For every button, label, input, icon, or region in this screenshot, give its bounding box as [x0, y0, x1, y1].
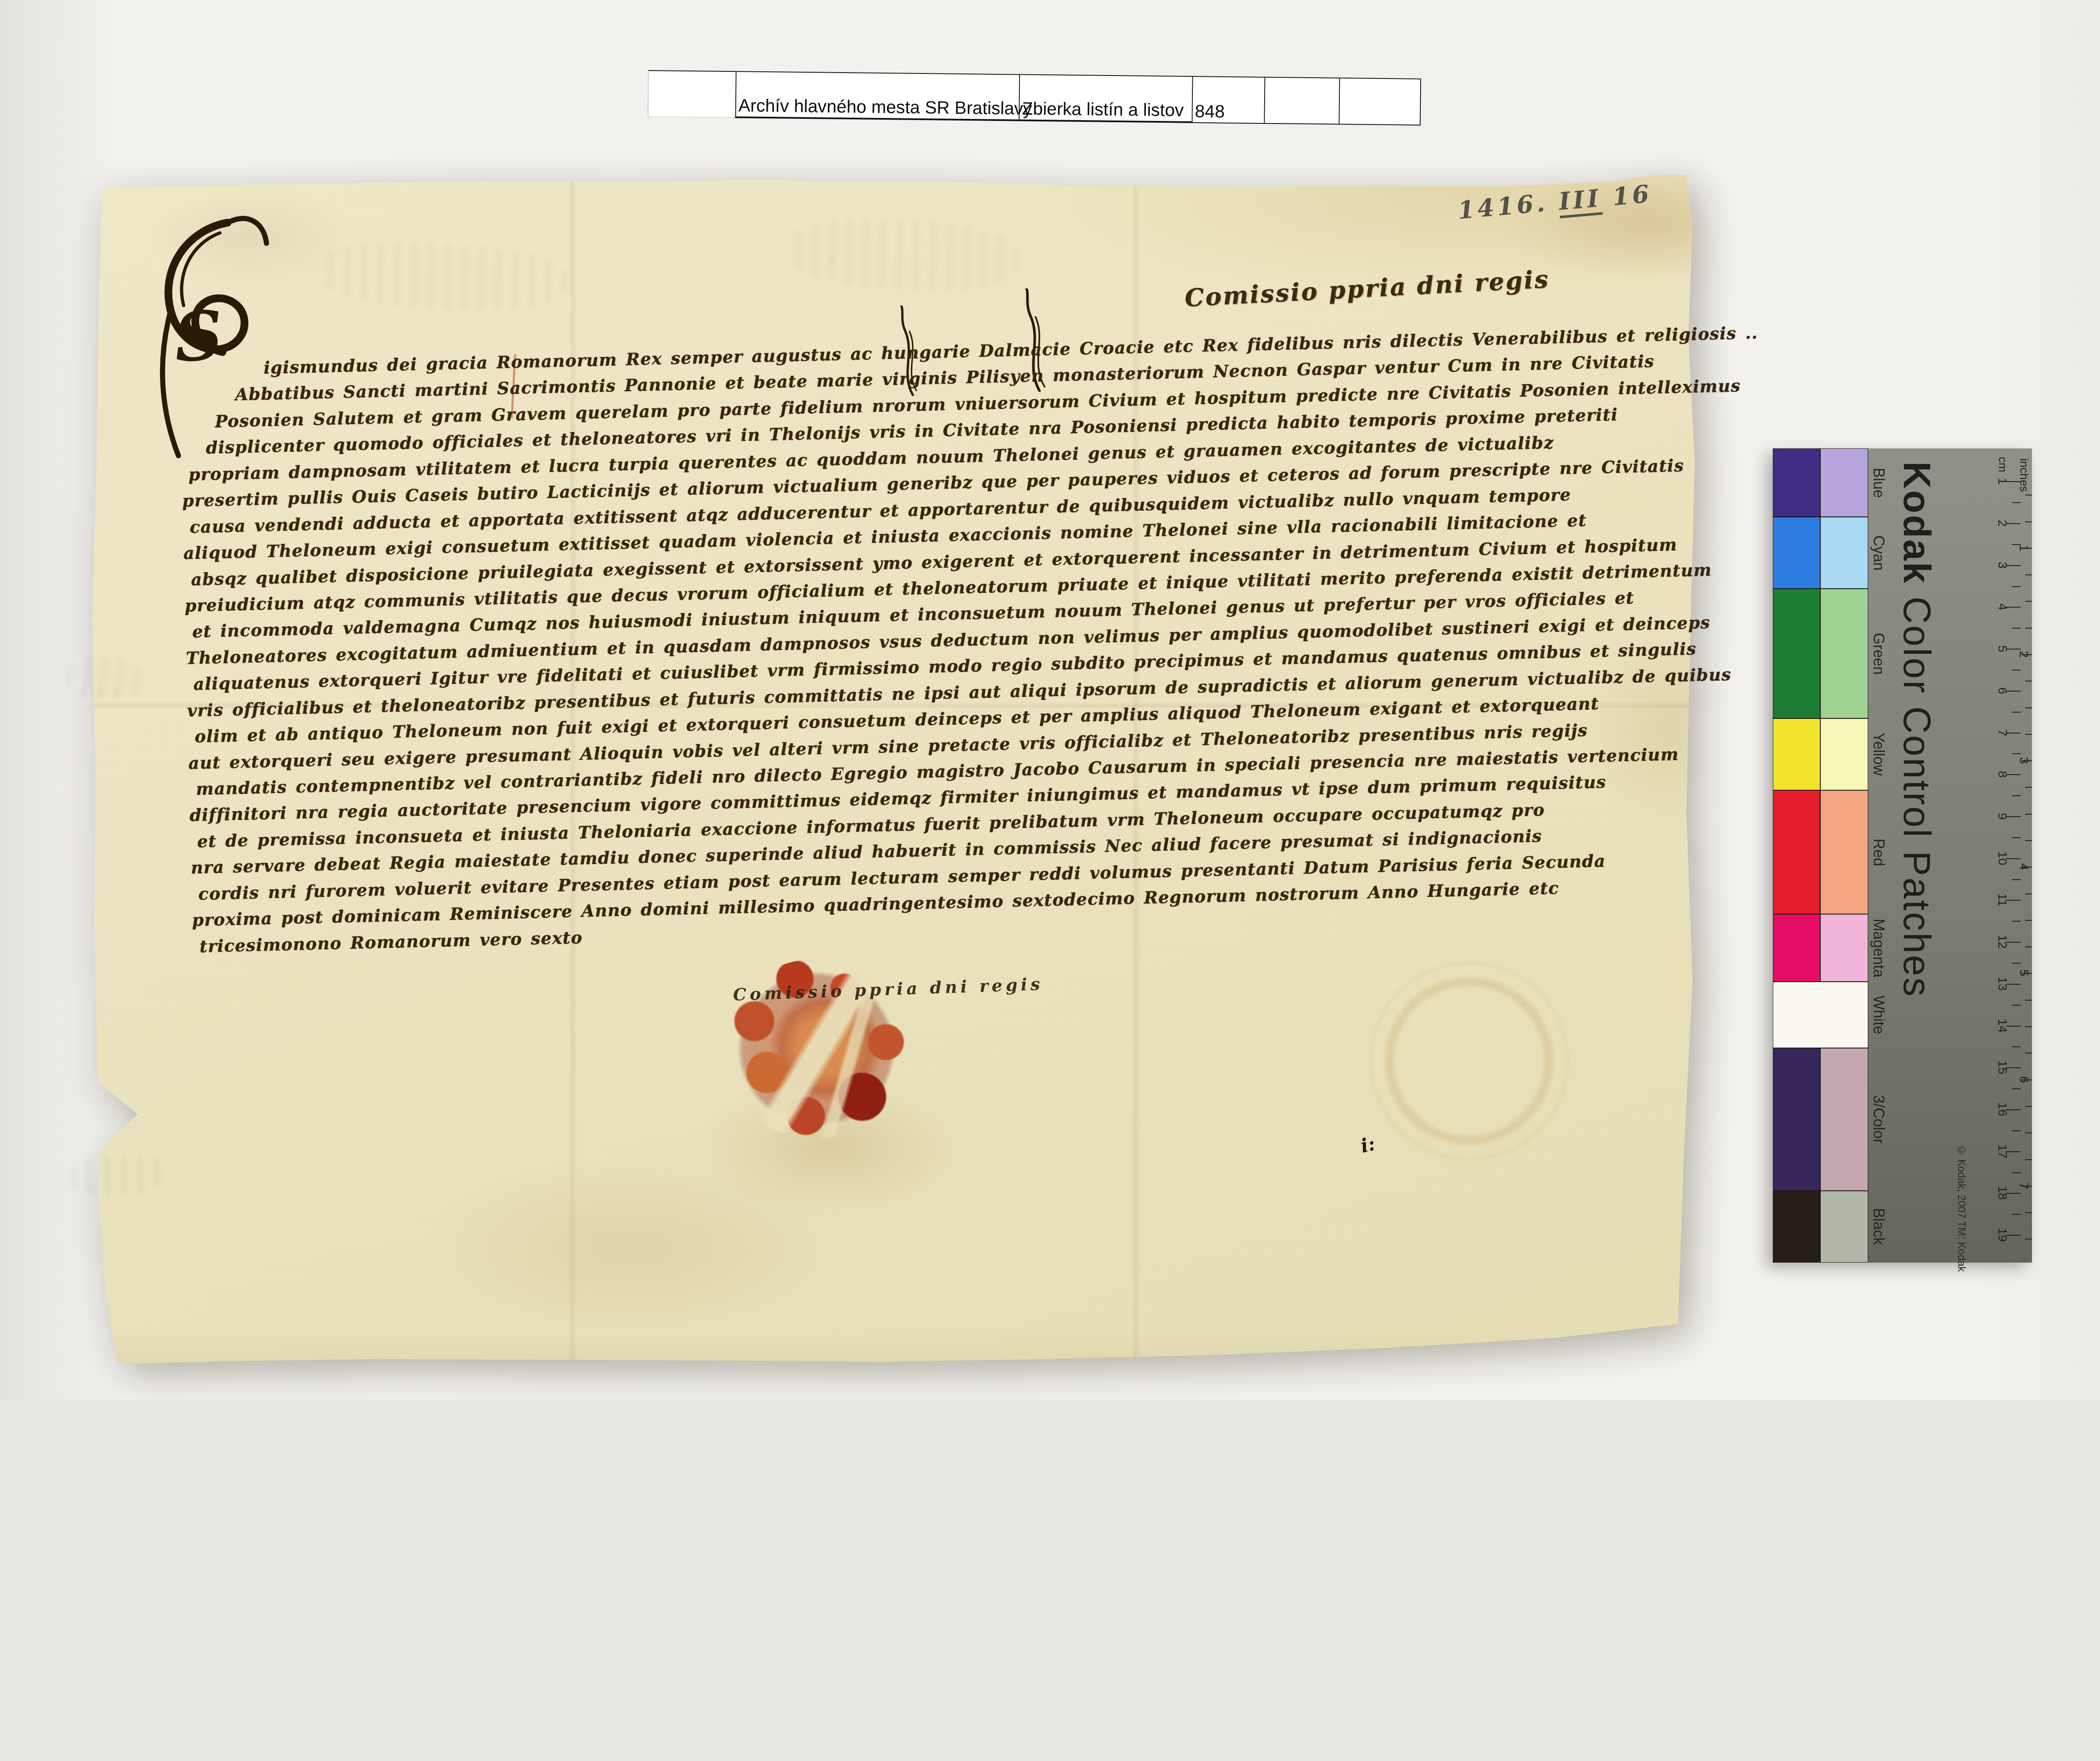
kodak-patch	[1773, 1191, 1820, 1262]
ruler-cm-number: 13	[1995, 977, 2009, 991]
ruler-cm-number: 3	[1995, 561, 2009, 569]
ruler-cm-number: 15	[1995, 1061, 2009, 1074]
kodak-brand: Kodak	[1895, 461, 1937, 584]
ruler-tick	[2025, 1000, 2032, 1001]
ruler-tick	[2012, 795, 2020, 796]
ruler-tick	[2025, 920, 2032, 921]
ruler-tick	[2025, 495, 2032, 495]
ruler-cm-number: 4	[1995, 603, 2009, 611]
ruler-inches-label: inches	[2017, 459, 2031, 492]
ruler-tick	[2025, 1159, 2032, 1160]
ruler-cm-number: 10	[1995, 851, 2009, 865]
ruler-tick	[2025, 521, 2032, 522]
ruler-tick	[2025, 946, 2032, 947]
ruler-inch-number: 1	[2016, 545, 2031, 552]
ruler-inch-number: 5	[2016, 970, 2031, 977]
kodak-row-label: Magenta	[1870, 919, 1887, 977]
ruler-tick	[2025, 1132, 2032, 1133]
ruler-cm-number: 12	[1995, 935, 2009, 949]
kodak-color-strip: Kodak Color Control Patches © Kodak, 200…	[1773, 448, 2032, 1262]
ruler-tick	[2012, 1088, 2020, 1089]
ruler-tick	[2025, 1026, 2032, 1027]
kodak-patch	[1821, 517, 1868, 588]
kodak-patch-rows	[1773, 448, 1869, 1262]
ruler-tick	[2025, 734, 2032, 735]
ruler-tick	[2012, 502, 2020, 503]
ruler-cm-number: 14	[1995, 1019, 2009, 1032]
kodak-patch	[1773, 449, 1820, 516]
ruler-cm-number: 16	[1995, 1102, 2009, 1116]
ruler-inch-number: 2	[2016, 651, 2031, 658]
ruler-tick	[2012, 1172, 2020, 1173]
photo-canvas: Archív hlavného mesta SR Bratislavy Zbie…	[0, 0, 2100, 1400]
kodak-brand-title: Kodak Color Control Patches	[1895, 461, 1938, 998]
ruler-tick	[2025, 601, 2032, 602]
kodak-patch	[1821, 449, 1868, 516]
pencil-day: 16	[1611, 179, 1653, 211]
ruler-tick	[2025, 1053, 2032, 1053]
ruler-cm-number: 18	[1995, 1186, 2009, 1200]
ruler-tick	[2012, 1046, 2020, 1047]
kodak-row-label: 3/Color	[1870, 1095, 1887, 1144]
kodak-patch	[1773, 719, 1820, 790]
kodak-patch-row-3color	[1773, 1048, 1869, 1191]
ruler-tick	[2012, 712, 2020, 713]
ruler-cm-number: 17	[1995, 1144, 2009, 1158]
kodak-patch	[1821, 719, 1868, 790]
ruler-tick	[2025, 787, 2032, 788]
kodak-patch-row-blue	[1773, 448, 1869, 517]
ruler-tick	[2025, 574, 2032, 575]
kodak-patch	[1821, 915, 1868, 981]
ruler-cm-number: 19	[1995, 1228, 2009, 1242]
ruler-tick	[2012, 1214, 2020, 1215]
ruler-cm-number: 5	[1995, 645, 2009, 653]
kodak-patch	[1821, 1048, 1868, 1190]
kodak-gray-panel: Kodak Color Control Patches © Kodak, 200…	[1868, 448, 2032, 1262]
kodak-patch	[1773, 915, 1820, 981]
kodak-title: Color Control Patches	[1895, 584, 1937, 998]
kodak-row-label: Black	[1870, 1208, 1887, 1245]
ruler-inch-number: 6	[2016, 1076, 2031, 1083]
kodak-patch	[1773, 1048, 1820, 1190]
kodak-patch	[1773, 517, 1820, 588]
seal-ghost-impression	[1369, 962, 1569, 1160]
ruler-tick	[2025, 814, 2032, 815]
ruler-tick	[2025, 1212, 2032, 1213]
ruler-tick	[2012, 879, 2020, 880]
ruler-cm-label: cm	[1996, 457, 2009, 472]
pencil-month-roman: III	[1557, 183, 1602, 218]
ruler-inch-number: 3	[2016, 757, 2031, 764]
ruler-tick	[2012, 628, 2020, 629]
ruler-tick	[2025, 681, 2032, 681]
ruler-tick	[2025, 840, 2032, 841]
kodak-row-label: White	[1870, 996, 1887, 1034]
ruler-tick	[2025, 628, 2032, 629]
ruler-tick	[2012, 753, 2020, 754]
kodak-row-label: Red	[1870, 839, 1887, 866]
ruler-tick	[2025, 1106, 2032, 1107]
kodak-patch-row-white	[1773, 982, 1869, 1048]
ruler-tick	[2012, 586, 2020, 587]
ruler-tick	[2025, 1239, 2032, 1240]
ruler-tick	[2012, 921, 2020, 922]
ruler-tick	[2012, 837, 2020, 838]
ruler-cm-number: 11	[1995, 894, 2009, 907]
kodak-patch-row-black	[1773, 1191, 1869, 1263]
kodak-patch-row-yellow	[1773, 718, 1869, 790]
ruler-tick	[2012, 1005, 2020, 1006]
ruler-tick	[2012, 670, 2020, 671]
kodak-copyright: © Kodak, 2007 TM: Kodak	[1955, 1145, 1967, 1272]
ruler-tick	[2025, 708, 2032, 708]
kodak-patch	[1773, 982, 1868, 1048]
kodak-patch	[1821, 1191, 1868, 1262]
ruler-cm-number: 2	[1995, 520, 2009, 527]
kodak-row-label: Green	[1870, 633, 1887, 675]
kodak-patch-row-green	[1773, 589, 1869, 718]
ruler-tick	[2012, 963, 2020, 964]
kodak-row-label: Yellow	[1870, 733, 1887, 776]
ruler-inch-number: 4	[2016, 863, 2031, 870]
ruler-tick	[2025, 894, 2032, 894]
ruler-cm-number: 9	[1995, 813, 2009, 820]
ruler-cm-number: 6	[1995, 687, 2009, 694]
kodak-patch-row-cyan	[1773, 517, 1869, 589]
ruler-tick	[2012, 1130, 2020, 1131]
ruler-cm-number: 8	[1995, 771, 2009, 778]
kodak-patch	[1773, 791, 1820, 914]
kodak-row-label: Cyan	[1870, 535, 1887, 571]
ruler-inch-number: 7	[2016, 1182, 2031, 1189]
kodak-patch	[1821, 791, 1868, 914]
kodak-patch-row-magenta	[1773, 914, 1869, 982]
kodak-patch	[1773, 589, 1820, 718]
kodak-row-label: Blue	[1870, 468, 1887, 498]
ruler-cm-number: 7	[1995, 729, 2009, 736]
kodak-patch-row-red	[1773, 790, 1869, 915]
kodak-patch	[1821, 589, 1868, 718]
charter-text-block: igismundus dei gracia Romanorum Rex semp…	[139, 326, 1538, 961]
ruler-cm-number: 1	[1995, 478, 2009, 485]
